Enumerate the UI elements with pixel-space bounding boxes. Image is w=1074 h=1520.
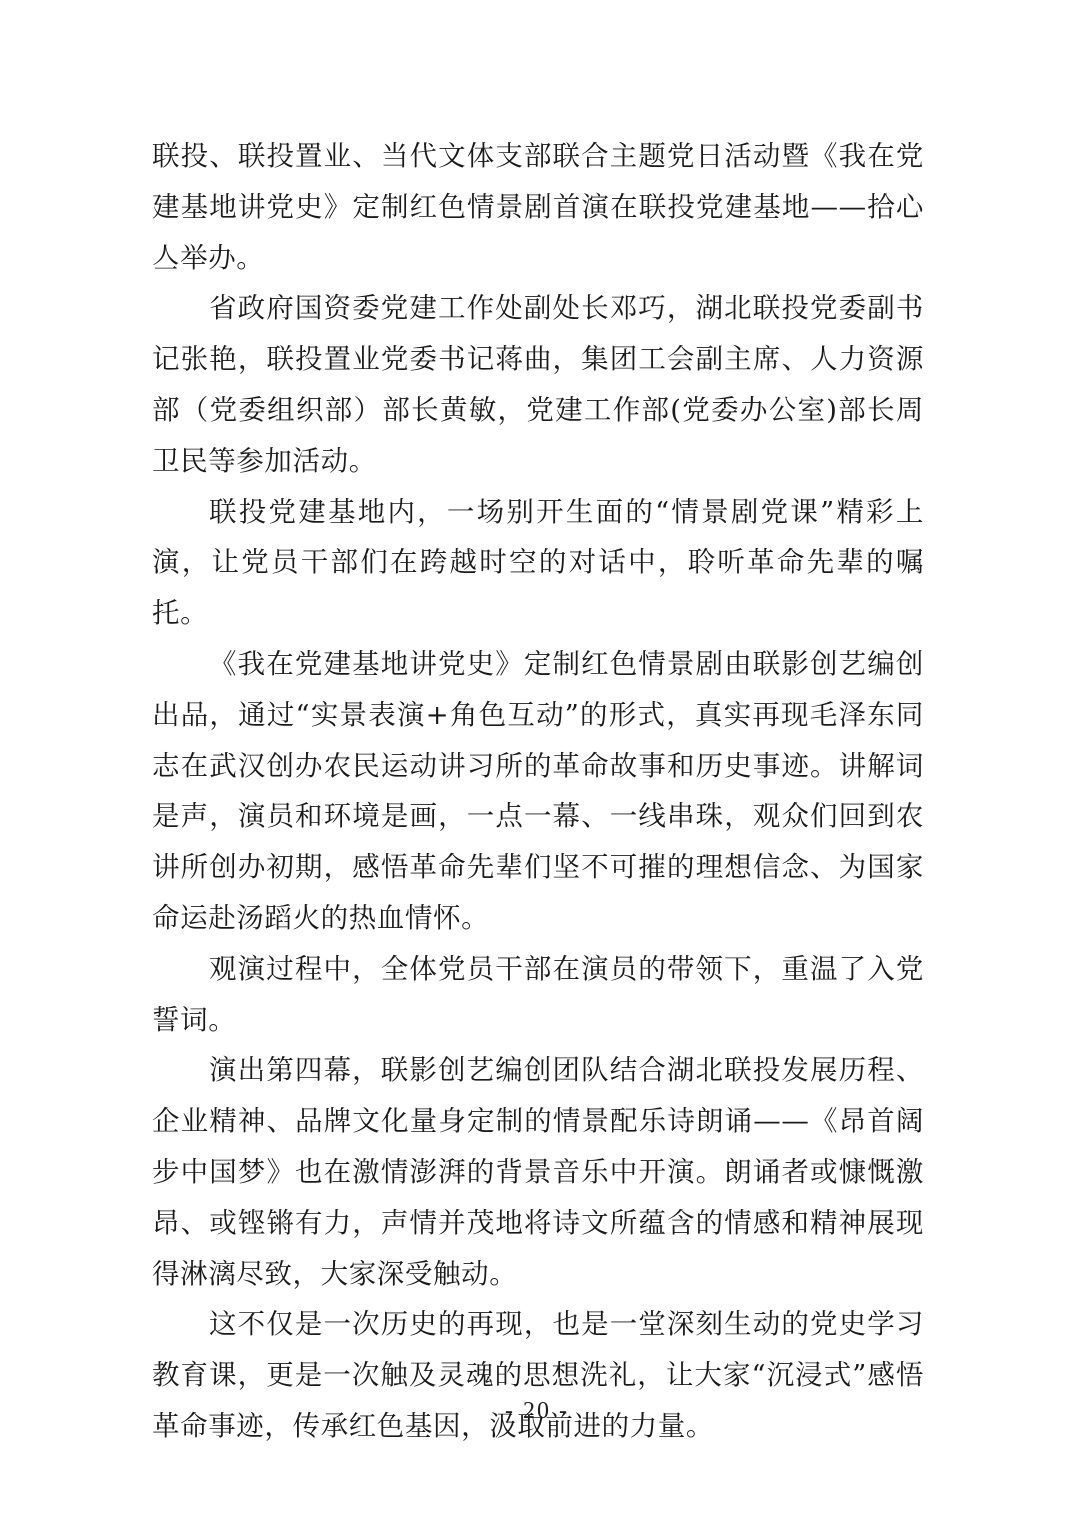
document-body: 联投、联投置业、当代文体支部联合主题党日活动暨《我在党建基地讲党史》定制红色情景…	[152, 131, 924, 1452]
paragraph-conclusion: 这不仅是一次历史的再现，也是一堂深刻生动的党史学习教育课，更是一次触及灵魂的思想…	[152, 1299, 924, 1451]
paragraph-drama-description: 《我在党建基地讲党史》定制红色情景剧由联影创艺编创出品，通过“实景表演+角色互动…	[152, 639, 924, 944]
paragraph-drama-lesson: 联投党建基地内，一场别开生面的“情景剧党课”精彩上演，让党员干部们在跨越时空的对…	[152, 487, 924, 639]
paragraph-attendees: 省政府国资委党建工作处副处长邓巧，湖北联投党委副书记张艳，联投置业党委书记蒋曲，…	[152, 283, 924, 486]
paragraph-event-intro: 联投、联投置业、当代文体支部联合主题党日活动暨《我在党建基地讲党史》定制红色情景…	[152, 131, 924, 283]
paragraph-fourth-act: 演出第四幕，联影创艺编创团队结合湖北联投发展历程、企业精神、品牌文化量身定制的情…	[152, 1045, 924, 1299]
paragraph-oath: 观演过程中，全体党员干部在演员的带领下，重温了入党誓词。	[152, 944, 924, 1046]
page-number: - 20 -	[0, 1398, 1074, 1425]
